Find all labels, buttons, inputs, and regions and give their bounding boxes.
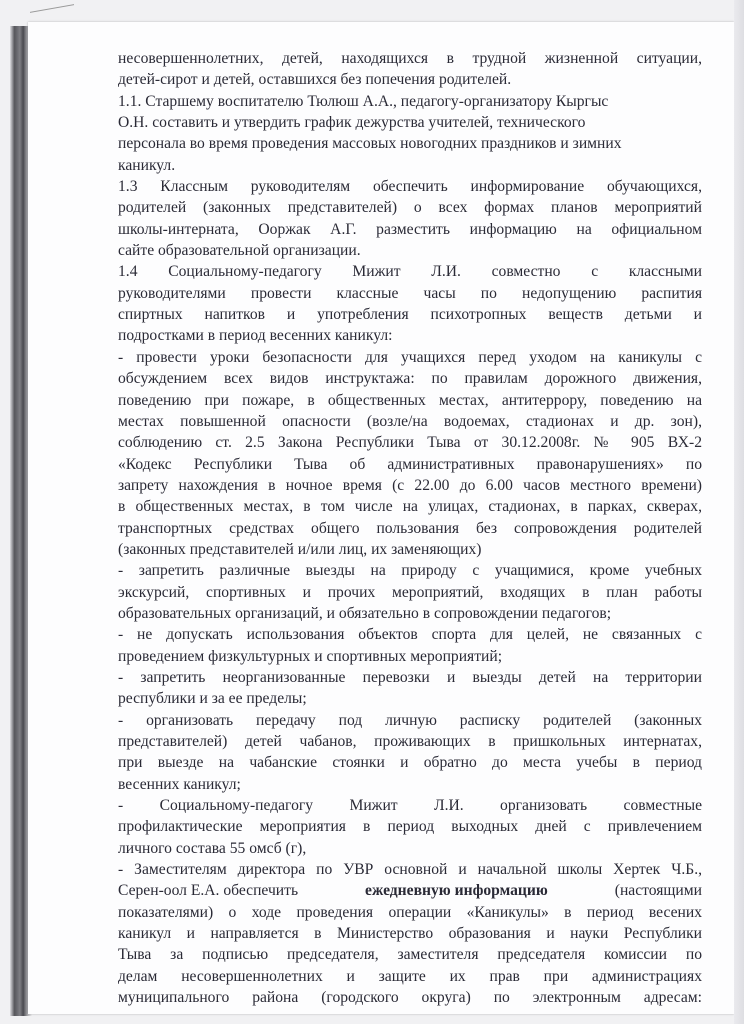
- document-line: - провести уроки безопасности для учащих…: [118, 347, 702, 368]
- document-line: родителей (законных представителей) о вс…: [118, 197, 702, 218]
- document-line: О.Н. составить и утвердить график дежурс…: [118, 112, 702, 133]
- document-line: республики и за ее пределы;: [118, 688, 702, 709]
- line-text: Серен-оол Е.А. обеспечить: [118, 880, 298, 901]
- document-line: 1.4 Социальному-педагогу Мижит Л.И. совм…: [118, 261, 702, 282]
- document-line: - запретить различные выезды на природу …: [118, 560, 702, 581]
- bold-emphasis: ежедневную информацию: [365, 880, 548, 901]
- document-line: обсуждением всех видов инструктажа: по п…: [118, 368, 702, 389]
- document-line: профилактические мероприятия в период вы…: [118, 816, 702, 837]
- document-line: образовательных организаций, и обязатель…: [118, 603, 702, 624]
- document-line: проведением физкультурных и спортивных м…: [118, 646, 702, 667]
- document-line: представителей) детей чабанов, проживающ…: [118, 731, 702, 752]
- document-line: соблюдению ст. 2.5 Закона Республики Тыв…: [118, 432, 702, 453]
- document-line: запрету нахождения в ночное время (с 22.…: [118, 475, 702, 496]
- document-line: весенних каникул;: [118, 774, 702, 795]
- line-text: (настоящими: [615, 880, 702, 901]
- document-line: муниципального района (городского округа…: [118, 987, 702, 1008]
- document-line: поведению при пожаре, в общественных мес…: [118, 390, 702, 411]
- document-line: каникул и направляется в Министерство об…: [118, 923, 702, 944]
- document-line: Тыва за подписью председателя, заместите…: [118, 944, 702, 965]
- scan-right-edge: [734, 0, 744, 1024]
- document-line: детей-сирот и детей, оставшихся без попе…: [118, 69, 702, 90]
- document-line: (законных представителей и/или лиц, их з…: [118, 539, 702, 560]
- document-line: Серен-оол Е.А. обеспечить ежедневную инф…: [118, 880, 702, 901]
- document-line: - Заместителям директора по УВР основной…: [118, 859, 702, 880]
- document-line: каникул.: [118, 155, 702, 176]
- document-line: - организовать передачу под личную распи…: [118, 710, 702, 731]
- document-line: спиртных напитков и употребления психотр…: [118, 304, 702, 325]
- document-line: персонала во время проведения массовых н…: [118, 133, 702, 154]
- document-line: 1.1. Старшему воспитателю Тюлюш А.А., пе…: [118, 91, 702, 112]
- document-line: делам несовершеннолетних и защите их пра…: [118, 966, 702, 987]
- document-line: транспортных средствах общего пользовани…: [118, 518, 702, 539]
- document-line: руководителями провести классные часы по…: [118, 283, 702, 304]
- document-line: - Социальному-педагогу Мижит Л.И. органи…: [118, 795, 702, 816]
- document-body: несовершеннолетних, детей, находящихся в…: [118, 48, 702, 1008]
- document-line: несовершеннолетних, детей, находящихся в…: [118, 48, 702, 69]
- document-line: при выезде на чабанские стоянки и обратн…: [118, 752, 702, 773]
- document-line: 1.3 Классным руководителям обеспечить ин…: [118, 176, 702, 197]
- document-line: показателями) о ходе проведения операции…: [118, 902, 702, 923]
- page-corner-fold: [30, 4, 74, 23]
- document-line: экскурсий, спортивных и прочих мероприят…: [118, 582, 702, 603]
- document-line: школы-интерната, Ооржак А.Г. разместить …: [118, 219, 702, 240]
- document-line: - запретить неорганизованные перевозки и…: [118, 667, 702, 688]
- document-line: местах повышенной опасности (возле/на во…: [118, 411, 702, 432]
- document-line: - не допускать использования объектов сп…: [118, 624, 702, 645]
- document-line: сайте образовательной организации.: [118, 240, 702, 261]
- document-line: «Кодекс Республики Тыва об административ…: [118, 454, 702, 475]
- document-line: в общественных местах, в том числе на ул…: [118, 496, 702, 517]
- document-line: подростками в период весенних каникул:: [118, 325, 702, 346]
- document-line: личного состава 55 омсб (г),: [118, 838, 702, 859]
